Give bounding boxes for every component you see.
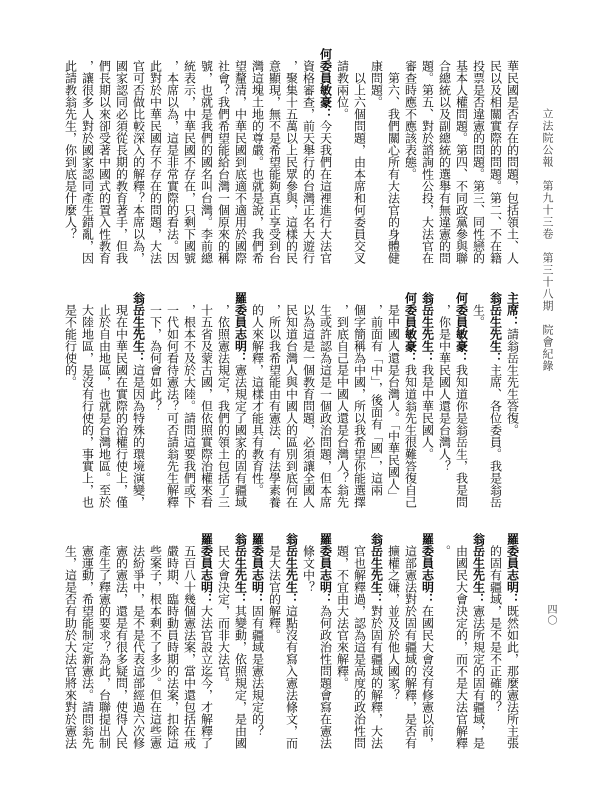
speaker-name: 羅委員志明： [200,533,214,605]
speech-line: 羅委員志明：大法官設立迄今，才解釋了 [198,533,215,765]
line-text: 我知道翁先生很難答復自己 [404,364,418,508]
line-text: 既然如此，那麼憲法所主張 [506,605,520,749]
text-line: 條文中？ [300,533,317,765]
text-line: 個字簡稱為中國，所以我希望你能選擇 [351,292,368,524]
text-line: 題。第五、對於諮詢性公投，大法官在 [419,48,436,280]
speech-line: 何委員敏豪：今天我們在這裡進行大法官 [317,48,334,280]
text-line: 民以及相關實際的問題。第二、不在籍 [487,48,504,280]
text-line: 的人來解釋，這樣才能具有教育性。 [249,292,266,524]
text-line: 以為這是一個教育問題，必須讓全國人 [300,292,317,524]
text-line: ，讓很多人對於國家認同產生錯亂，因 [79,48,96,280]
text-line: ，聚集十五萬以上民眾參與，這樣的民 [283,48,300,280]
line-text: 憲法規定了國家的固有疆域 [234,364,248,508]
text-line: 資格審查，前天舉行的台灣正名大遊行 [300,48,317,280]
running-head: 立法院公報第九十三卷第三十八期院會紀錄 [541,108,554,372]
text-line: 民知道台灣人與中國人的區別到底何在 [283,292,300,524]
speaker-name: 主席： [506,292,520,328]
line-text: 主席、各位委員。我是翁岳 [489,364,503,508]
text-line: 。 [436,533,453,765]
text-line: 請教兩位。 [334,48,351,280]
line-text: 固有疆域是憲法規定的？ [251,605,265,737]
text-line: ，根本不及於大陸。請問這要我們或下 [181,292,198,524]
text-block-lower: 羅委員志明：既然如此，那麼憲法所主張 的固有疆域，是不是不正確的？ 翁岳生先生：… [62,533,521,765]
text-line: 華民國是否存在的問題，包括領土、人 [504,48,521,280]
line-text: 請翁岳生先生答復。 [506,328,520,436]
text-line: ，到底自己是中國人還是台灣人？翁先 [334,292,351,524]
text-line: 們長期以來卻受著中國式的置入性教育 [96,48,113,280]
text-line: 是中國人還是台灣人。「中華民國人」 [385,292,402,524]
speaker-name: 何委員敏豪： [319,48,333,120]
text-line: 灣這塊土地的尊嚴。也就是說，我們希 [249,48,266,280]
speech-line: 羅委員志明：憲法規定了國家的固有疆域 [232,292,249,524]
paragraph-line: 第六、我們關心所有大法官的身體健 [385,48,402,280]
text-line: 國家認同必須從長期的教育著手，但我 [113,48,130,280]
line-text: 我知道你是翁岳生，我是問 [455,364,469,508]
text-line: 官也解釋過，認為這是高度的政治性問 [351,533,368,765]
text-line: 此請教翁先生，你到底是什麼人？ [62,48,79,280]
text-line: 十五省及蒙古國，但依照實際治權來看 [198,292,215,524]
speaker-name: 羅委員志明： [234,292,248,364]
line-text: 其變動，依照規定，是由國 [234,605,248,749]
section-label: 院會紀錄 [541,324,554,372]
speaker-name: 翁岳生先生： [489,292,503,364]
line-text: 這是因為特殊的環境演變， [132,364,146,508]
text-line: 康問題。 [368,48,385,280]
line-text: 為何政治性問題會寫在憲法 [319,605,333,749]
text-line: 現在中華民國在實際的治權行使上，僅 [113,292,130,524]
text-line: 生，這是否有助於大法官將來對於憲法 [62,533,79,765]
speech-line: 翁岳生先生：憲法所規定的固有疆域，是 [470,533,487,765]
speaker-name: 翁岳生先生： [472,533,486,605]
text-line: 一代如何看待憲法？可否請翁先生解釋 [164,292,181,524]
text-line: 擴權之嫌，並及於他人國家？ [385,533,402,765]
text-line: 社會？我們希望能給台灣一個原來的稱 [215,48,232,280]
speech-line: 羅委員志明：既然如此，那麼憲法所主張 [504,533,521,765]
text-line: 憲的憲法，還是有很多疑問，使得人民 [113,533,130,765]
text-line: 由國民大會決定的，而不是大法官解釋 [453,533,470,765]
speech-line: 何委員敏豪：我知道翁先生很難答復自己 [402,292,419,524]
line-text: 對於固有疆域的解釋，大法 [370,605,384,749]
page-number: 四〇 [544,604,556,626]
text-line: ，你是中華民國人還是台灣人？ [436,292,453,524]
text-line: 統表示，中華民國不存在，只剩下國號 [181,48,198,280]
text-line: 是不能行使的。 [62,292,79,524]
speech-line: 羅委員志明：固有疆域是憲法規定的？ [249,533,266,765]
text-line: 嚴時期、臨時動員時期的法案，扣除這 [164,533,181,765]
speaker-name: 何委員敏豪： [455,292,469,364]
text-line: ，前面有「中」，後面有「國」，這兩 [368,292,385,524]
paragraph-line: 以上六個問題，由本席和何委員交叉 [351,48,368,280]
text-line: 此對於中華民國存不存在的問題，大法 [147,48,164,280]
speaker-name: 羅委員志明： [506,533,520,605]
line-text: 我是中華民國人。 [421,364,435,460]
text-line: 官可否做比較深入的解釋？本席以為， [130,48,147,280]
speech-line: 羅委員志明：為何政治性問題會寫在憲法 [317,533,334,765]
volume-label: 第九十三卷 [541,180,554,240]
speaker-name: 何委員敏豪： [404,292,418,364]
speaker-name: 翁岳生先生： [421,292,435,364]
publication-title: 立法院公報 [541,108,554,168]
speech-line: 何委員敏豪：我知道你是翁岳生，我是問 [453,292,470,524]
speech-line: 翁岳生先生：這點沒有寫入憲法條文，而 [283,533,300,765]
text-line: 生。 [470,292,487,524]
text-block-middle: 主席：請翁岳生先生答復。 翁岳生先生：主席、各位委員。我是翁岳 生。 何委員敏豪… [62,292,521,524]
speech-line: 翁岳生先生：這是因為特殊的環境演變， [130,292,147,524]
text-line: 號，也就是我們的國名叫台灣。李前總 [198,48,215,280]
text-block-upper: 華民國是否存在的問題，包括領土、人 民以及相關實際的問題。第二、不在籍 投票是否… [62,48,521,280]
text-line: 憲運動，希望能制定新憲法。請問翁先 [79,533,96,765]
text-line: 審查時應不應該表態。 [402,48,419,280]
text-line: 合總統以及副總統的選舉有無違憲的問 [436,48,453,280]
speaker-name: 翁岳生先生： [285,533,299,605]
issue-label: 第三十八期 [541,252,554,312]
text-line: 題，不宜由大法官來解釋。 [334,533,351,765]
speaker-name: 翁岳生先生： [132,292,146,364]
text-line: 這部憲法對於固有疆域的解釋，是否有 [402,533,419,765]
line-text: 憲法所規定的固有疆域，是 [472,605,486,749]
text-line: ，所以我希望能由有憲法、有法學素養 [266,292,283,524]
speech-line: 翁岳生先生：對於固有疆域的解釋，大法 [368,533,385,765]
speaker-name: 翁岳生先生： [370,533,384,605]
speech-line: 翁岳生先生：其變動，依照規定，是由國 [232,533,249,765]
line-text: 在國民大會沒有修憲以前， [421,605,435,749]
speaker-name: 翁岳生先生： [234,533,248,605]
speaker-name: 羅委員志明： [319,533,333,605]
text-line: ，本席以為，這是非常實際的看法。因 [164,48,181,280]
text-line: 基本人權問題。第四、不同政黨參與聯 [453,48,470,280]
text-line: 生或許認為這是一個政治問題，但本席 [317,292,334,524]
speaker-name: 羅委員志明： [251,533,265,605]
text-line: 一下，為何會如此？ [147,292,164,524]
line-text: 大法官設立迄今，才解釋了 [200,605,214,749]
text-line: 民大會決定，而非大法官。 [215,533,232,765]
line-text: 今天我們在這裡進行大法官 [319,120,333,264]
speech-line: 主席：請翁岳生先生答復。 [504,292,521,524]
text-line: 投票是否違憲的問題。第三、同性戀的 [470,48,487,280]
text-line: 意顯現，無不是希望能夠真正享受到台 [266,48,283,280]
text-line: 些案子，根本剩不了多少。但在這些憲 [147,533,164,765]
text-line: ，依照憲法規定，我們的領土包括了三 [215,292,232,524]
text-line: 大陸地區，是沒有行使的，事實上，也 [79,292,96,524]
text-line: 法紛爭中，是不是代表這部經過六次修 [130,533,147,765]
speech-line: 翁岳生先生：我是中華民國人。 [419,292,436,524]
speaker-name: 羅委員志明： [421,533,435,605]
text-line: 產生了釋憲的要求？為此，台聯提出制 [96,533,113,765]
text-line: 五百八十幾個憲法案，當中還包括在戒 [181,533,198,765]
speech-line: 翁岳生先生：主席、各位委員。我是翁岳 [487,292,504,524]
text-line: 止於自由地區，也就是台灣地區。至於 [96,292,113,524]
speech-line: 羅委員志明：在國民大會沒有修憲以前， [419,533,436,765]
line-text: 這點沒有寫入憲法條文，而 [285,605,299,749]
text-line: 是大法官的解釋。 [266,533,283,765]
text-line: 望釐清，中華民國到底適不適用於國際 [232,48,249,280]
text-line: 的固有疆域，是不是不正確的？ [487,533,504,765]
